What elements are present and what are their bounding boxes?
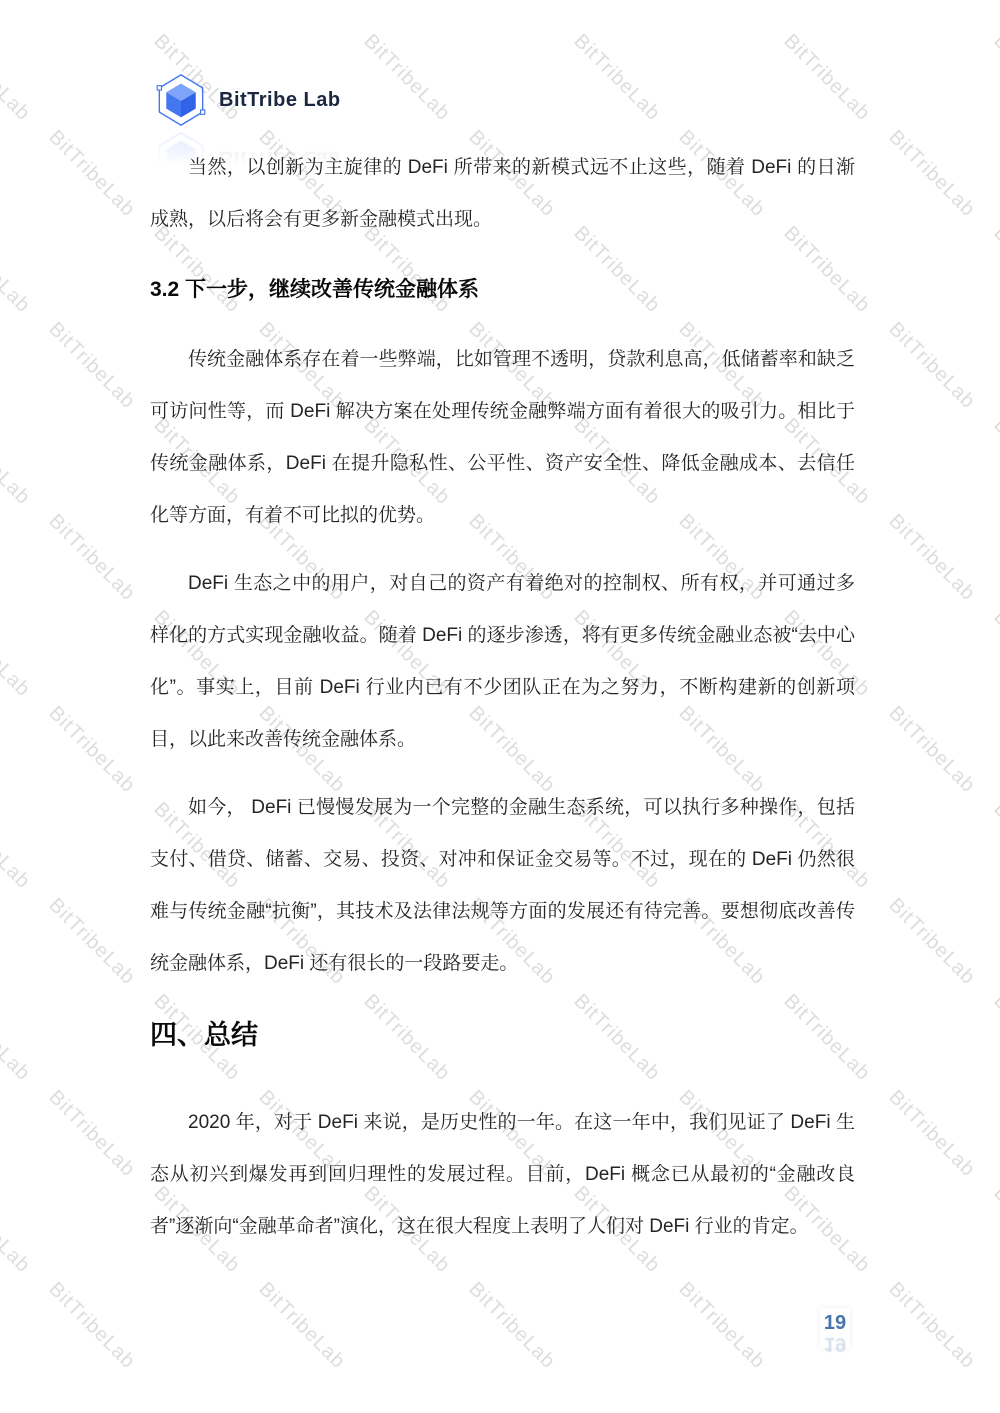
watermark-text: BitTribeLab [0,798,35,894]
watermark-text: BitTribeLab [884,702,980,798]
watermark-text: BitTribeLab [989,414,1000,510]
watermark-text: BitTribeLab [989,222,1000,318]
watermark-text: BitTribeLab [44,510,140,606]
watermark-text: BitTribeLab [44,702,140,798]
section-4-heading: 四、总结 [150,1018,855,1053]
watermark-text: BitTribeLab [884,1086,980,1182]
watermark-text: BitTribeLab [884,126,980,222]
watermark-text: BitTribeLab [989,606,1000,702]
page-number-reflection: 19 [820,1335,850,1353]
section-3-2-paragraph-1: 传统金融体系存在着一些弊端，比如管理不透明，贷款利息高，低储蓄率和缺乏可访问性等… [150,334,855,542]
page-number: 19 [820,1311,850,1335]
watermark-text: BitTribeLab [0,1182,35,1278]
watermark-text: BitTribeLab [569,30,665,126]
watermark-text: BitTribeLab [44,126,140,222]
watermark-text: BitTribeLab [884,894,980,990]
watermark-text: BitTribeLab [44,1278,140,1374]
watermark-text: BitTribeLab [674,1278,770,1374]
watermark-text: BitTribeLab [0,222,35,318]
section-3-2-paragraph-2: DeFi 生态之中的用户，对自己的资产有着绝对的控制权、所有权，并可通过多样化的… [150,558,855,766]
logo-text: BitTribe Lab [219,89,341,112]
section-3-2-paragraph-3: 如今， DeFi 已慢慢发展为一个完整的金融生态系统，可以执行多种操作，包括支付… [150,782,855,990]
page-number-box: 19 19 [820,1308,850,1348]
watermark-text: BitTribeLab [0,990,35,1086]
watermark-text: BitTribeLab [0,414,35,510]
logo-reflection: BitTribe Lab [155,130,341,186]
document-body: 当然，以创新为主旋律的 DeFi 所带来的新模式远不止这些，随着 DeFi 的日… [150,142,855,1269]
logo-cube-hexagon-icon-reflection [155,130,207,186]
watermark-text: BitTribeLab [0,606,35,702]
watermark-text: BitTribeLab [989,30,1000,126]
watermark-text: BitTribeLab [44,894,140,990]
watermark-text: BitTribeLab [989,798,1000,894]
watermark-text: BitTribeLab [989,1182,1000,1278]
watermark-text: BitTribeLab [359,30,455,126]
document-page: BitTribeLabBitTribeLabBitTribeLabBitTrib… [0,0,1000,1413]
logo: BitTribe Lab BitTribe Lab [155,72,341,186]
watermark-text: BitTribeLab [44,318,140,414]
watermark-text: BitTribeLab [254,1278,350,1374]
watermark-text: BitTribeLab [884,510,980,606]
section-4-paragraph-1: 2020 年，对于 DeFi 来说，是历史性的一年。在这一年中，我们见证了 De… [150,1097,855,1253]
watermark-text: BitTribeLab [0,30,35,126]
watermark-text: BitTribeLab [884,1278,980,1374]
watermark-text: BitTribeLab [884,318,980,414]
watermark-text: BitTribeLab [44,1086,140,1182]
section-3-2-heading: 3.2 下一步，继续改善传统金融体系 [150,276,855,304]
watermark-text: BitTribeLab [464,1278,560,1374]
logo-cube-hexagon-icon [155,72,207,128]
watermark-text: BitTribeLab [779,30,875,126]
watermark-text: BitTribeLab [989,990,1000,1086]
